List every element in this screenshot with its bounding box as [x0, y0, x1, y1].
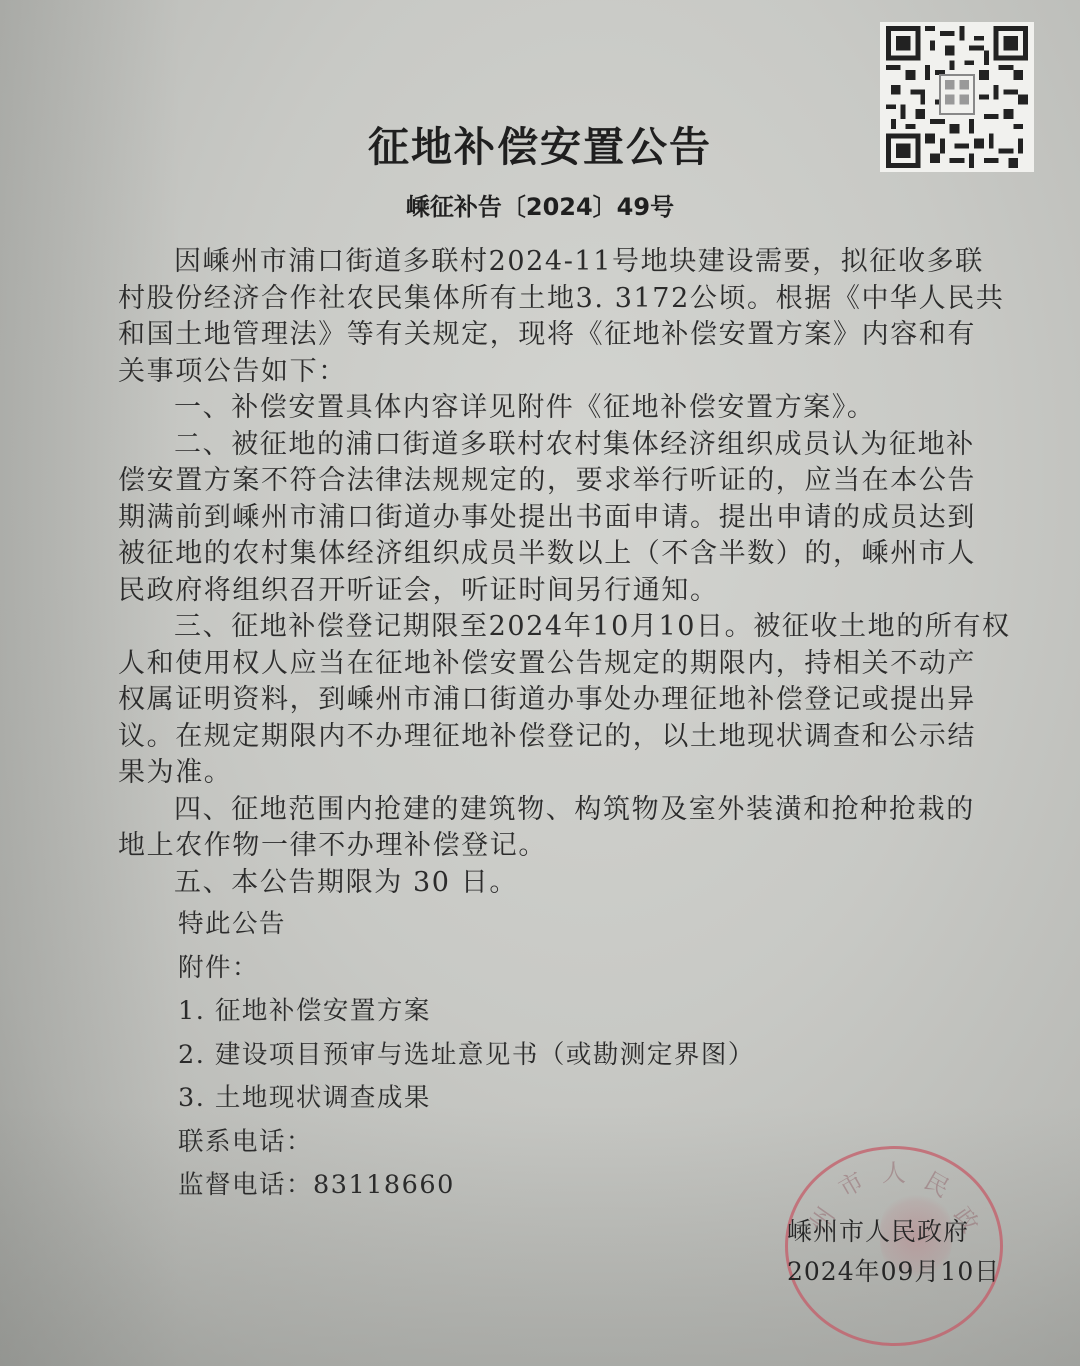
seal-arc-char: 市	[831, 1161, 869, 1203]
item-3-line: 人和使用权人应当在征地补偿安置公告规定的期限内，持相关不动产	[118, 646, 978, 683]
seal-arc-char: 人	[882, 1153, 906, 1188]
closing-text: 特此公告	[178, 903, 755, 947]
item-2-line: 民政府将组织召开听证会，听证时间另行通知。	[118, 573, 978, 610]
item-2-line: 二、被征地的浦口街道多联村农村集体经济组织成员认为征地补	[118, 427, 978, 464]
document-number: 嵊征补告〔2024〕49号	[0, 187, 1080, 222]
contact-phone-label: 联系电话：	[178, 1127, 313, 1157]
issuer-block: 嵊州市人民政府 2024年09月10日	[787, 1212, 1000, 1292]
intro-line: 关事项公告如下：	[118, 354, 978, 391]
issuer-name: 嵊州市人民政府	[787, 1212, 1000, 1252]
item-3-line: 议。在规定期限内不办理征地补偿登记的，以土地现状调查和公示结	[118, 719, 978, 756]
item-3-line: 权属证明资料，到嵊州市浦口街道办事处办理征地补偿登记或提出异	[118, 682, 978, 719]
supervision-phone-label: 监督电话：	[178, 1170, 313, 1200]
item-5-line: 五、本公告期限为 30 日。	[118, 865, 978, 902]
attachment-item: 2. 建设项目预审与选址意见书（或勘测定界图）	[178, 1034, 755, 1078]
document-footer: 特此公告 附件： 1. 征地补偿安置方案 2. 建设项目预审与选址意见书（或勘测…	[178, 903, 755, 1208]
intro-line: 和国土地管理法》等有关规定，现将《征地补偿安置方案》内容和有	[118, 317, 978, 354]
attachment-item: 1. 征地补偿安置方案	[178, 990, 755, 1034]
document-title: 征地补偿安置公告	[0, 114, 1080, 173]
intro-line: 村股份经济合作社农民集体所有土地3. 3172公顷。根据《中华人民共	[118, 281, 978, 318]
document-body: 因嵊州市浦口街道多联村2024-11号地块建设需要，拟征收多联 村股份经济合作社…	[118, 244, 978, 901]
item-2-line: 期满前到嵊州市浦口街道办事处提出书面申请。提出申请的成员达到	[118, 500, 978, 537]
item-4-line: 地上农作物一律不办理补偿登记。	[118, 828, 978, 865]
supervision-phone-value: 83118660	[313, 1170, 455, 1200]
item-2-line: 被征地的农村集体经济组织成员半数以上（不含半数）的，嵊州市人	[118, 536, 978, 573]
item-3-line: 三、征地补偿登记期限至2024年10月10日。被征收土地的所有权	[118, 609, 978, 646]
item-3-line: 果为准。	[118, 755, 978, 792]
issue-date: 2024年09月10日	[787, 1252, 1000, 1292]
supervision-phone: 监督电话：83118660	[178, 1164, 755, 1208]
item-1-line: 一、补偿安置具体内容详见附件《征地补偿安置方案》。	[118, 390, 978, 427]
qr-logo-icon	[940, 75, 974, 114]
contact-phone: 联系电话：	[178, 1121, 755, 1165]
intro-line: 因嵊州市浦口街道多联村2024-11号地块建设需要，拟征收多联	[118, 244, 978, 281]
item-2-line: 偿安置方案不符合法律法规规定的，要求举行听证的，应当在本公告	[118, 463, 978, 500]
attachment-item: 3. 土地现状调查成果	[178, 1077, 755, 1121]
item-4-line: 四、征地范围内抢建的建筑物、构筑物及室外装潢和抢种抢栽的	[118, 792, 978, 829]
attachments-label: 附件：	[178, 947, 755, 991]
